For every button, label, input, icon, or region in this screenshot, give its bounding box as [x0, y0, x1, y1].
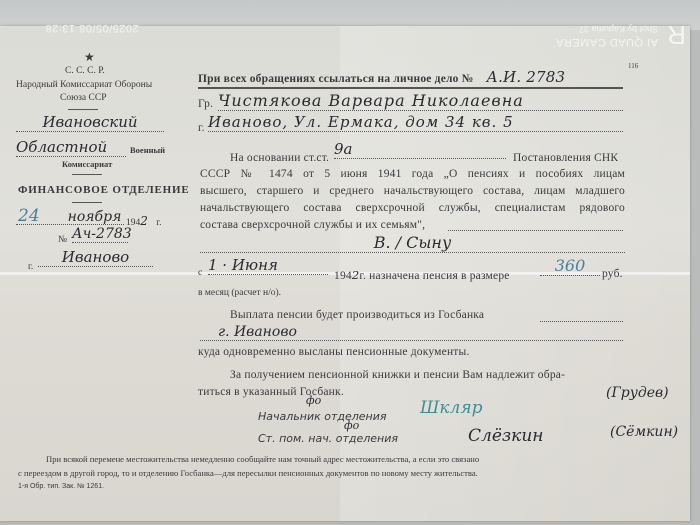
department-title: ФИНАНСОВОЕ ОТДЕЛЕНИЕ [18, 184, 189, 196]
instructions-line2: титься в указанный Госбанк. [198, 386, 344, 398]
blank-line [448, 230, 623, 231]
divider [72, 202, 102, 203]
city-label-left: г. [28, 262, 33, 272]
per-month-label: в месяц (расчет н/о). [198, 288, 281, 298]
citizen-address: Иваново, Ул. Ермака, дом 34 кв. 5 [208, 113, 623, 132]
instructions-line1: За получением пенсионной книжки и пенсии… [230, 369, 565, 381]
notice-line2: с переездом в другой город, то и отделен… [18, 468, 478, 478]
assistant-name: (Сёмкин) [610, 424, 678, 440]
camera-logo-icon: R [667, 19, 686, 50]
watermark-title: AI QUAD CAMERA [556, 36, 658, 48]
outgoing-number: Ач-2783 [72, 226, 128, 243]
reference-line: При всех обращениях ссылаться на личное … [198, 68, 623, 89]
watermark-subtitle: Shot by Kapuma 37 [579, 24, 658, 34]
basis-prefix: На основании ст.ст. [230, 152, 329, 164]
docs-sent-text: куда одновременно высланы пенсионные док… [198, 346, 470, 358]
assistant-prefix: фо [344, 419, 359, 432]
city-handwritten-left: Иваново [38, 248, 153, 267]
pension-amount: 360 [540, 256, 600, 276]
city-label-right: г. [198, 122, 205, 134]
case-number: А.И. 2783 [487, 68, 566, 86]
start-date: 1 · Июня [208, 256, 328, 275]
head-signature: Шкляр [420, 398, 483, 418]
camera-watermark: R AI QUAD CAMERA Shot by Kapuma 37 [536, 20, 686, 50]
military-label: Военный [130, 145, 165, 155]
currency-label: руб. [602, 268, 623, 280]
date-month: ноября [68, 209, 122, 225]
divider [72, 174, 102, 175]
pension-assignment: 1942г. назначена пенсия в размере [334, 268, 510, 282]
decree-line-2: СССР № 1474 от 5 июня 1941 года „О пенси… [200, 168, 625, 180]
commissariat-label: Комиссариат [62, 159, 112, 169]
divider [68, 109, 98, 110]
bank-city: г. Иваново [200, 324, 623, 341]
assistant-title: Ст. пом. нач. отделения [258, 432, 398, 445]
region-handwritten: Ивановский [16, 113, 164, 132]
region-handwritten-2: Областной [16, 138, 126, 157]
citizen-label: Гр. [198, 98, 213, 110]
basis-suffix: Постановления СНК [513, 152, 618, 164]
commissariat-line2: Союза ССР [60, 93, 106, 103]
commissariat-line1: Народный Комиссариат Обороны [16, 80, 152, 90]
decree-line-4: начальствующего состава сверхсрочной слу… [200, 202, 625, 214]
country-label: С. С. С. Р. [65, 66, 105, 76]
from-label: с [198, 268, 202, 278]
decree-line-5: состава сверхсрочной службы и их семьям"… [200, 219, 425, 231]
issue-date-field: 24 ноября [16, 206, 124, 225]
photo-timestamp: 2025/05/08 13:28 [45, 22, 139, 34]
star-icon: ★ [84, 50, 95, 65]
article-number: 9а [334, 140, 506, 159]
notice-line1: При всякой перемене местожительства неме… [46, 454, 479, 464]
assistant-signature: Слёзкин [468, 426, 543, 446]
date-day: 24 [18, 206, 40, 226]
head-prefix: фо [306, 394, 321, 407]
payment-text: Выплата пенсии будет производиться из Го… [230, 309, 484, 321]
head-title: Начальник отделения [258, 410, 387, 423]
case-superscript: 116 [628, 62, 638, 70]
citizen-name: Чистякова Варвара Николаевна [218, 91, 623, 111]
recipient-note: В. / Сыну [200, 233, 625, 253]
head-name: (Грудев) [606, 385, 669, 401]
bank-blank [540, 321, 623, 322]
printer-info: 1-я Обр. тип. Зак. № 1261. [18, 483, 104, 490]
decree-line-3: высшего, старшего и среднего начальствую… [200, 185, 625, 197]
number-label: № [58, 235, 67, 245]
